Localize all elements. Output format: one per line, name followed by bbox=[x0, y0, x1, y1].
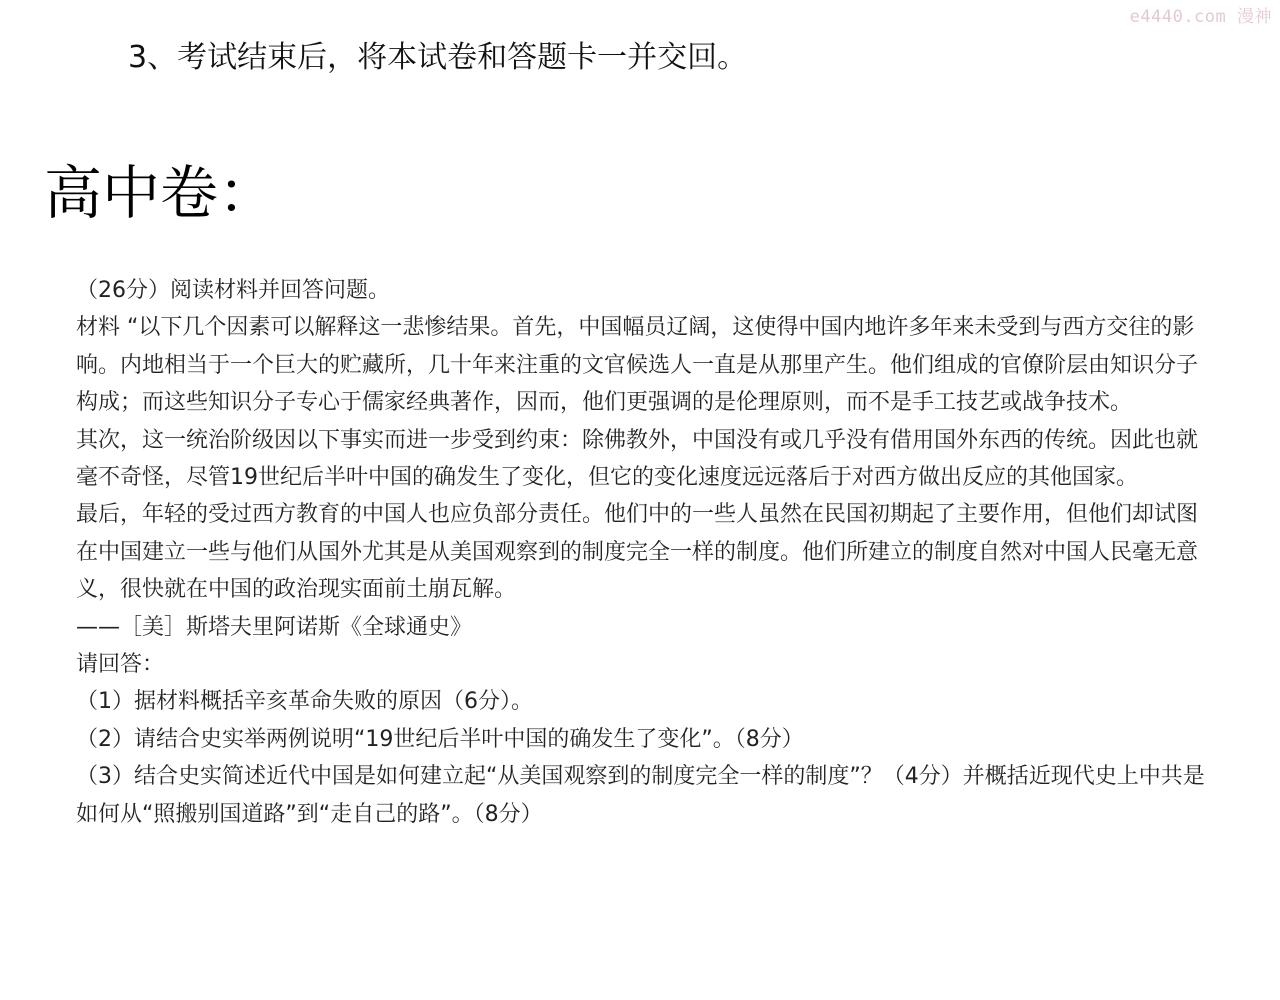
watermark: e4440.com 漫神 bbox=[1130, 2, 1272, 27]
question-block: （26分）阅读材料并回答问题。 材料 “以下几个因素可以解释这一悲惨结果。首先，… bbox=[76, 272, 1206, 833]
sub-question-2: （2）请结合史实举两例说明“19世纪后半叶中国的确发生了变化”。（8分） bbox=[76, 721, 1206, 758]
question-intro: （26分）阅读材料并回答问题。 bbox=[76, 272, 1206, 309]
material-paragraph-1: 材料 “以下几个因素可以解释这一悲惨结果。首先，中国幅员辽阔，这使得中国内地许多… bbox=[76, 309, 1206, 421]
sub-question-1: （1）据材料概括辛亥革命失败的原因（6分）。 bbox=[76, 683, 1206, 720]
material-paragraph-2: 其次，这一统治阶级因以下事实而进一步受到约束：除佛教外，中国没有或几乎没有借用国… bbox=[76, 422, 1206, 497]
sub-question-3: （3）结合史实简述近代中国是如何建立起“从美国观察到的制度完全一样的制度”？（4… bbox=[76, 758, 1206, 833]
material-paragraph-3: 最后，年轻的受过西方教育的中国人也应负部分责任。他们中的一些人虽然在民国初期起了… bbox=[76, 496, 1206, 608]
section-title: 高中卷： bbox=[44, 146, 276, 230]
exam-instruction: 3、考试结束后，将本试卷和答题卡一并交回。 bbox=[128, 32, 747, 76]
material-source: ——［美］斯塔夫里阿诺斯《全球通史》 bbox=[76, 609, 1206, 646]
answer-prompt: 请回答： bbox=[76, 646, 1206, 683]
